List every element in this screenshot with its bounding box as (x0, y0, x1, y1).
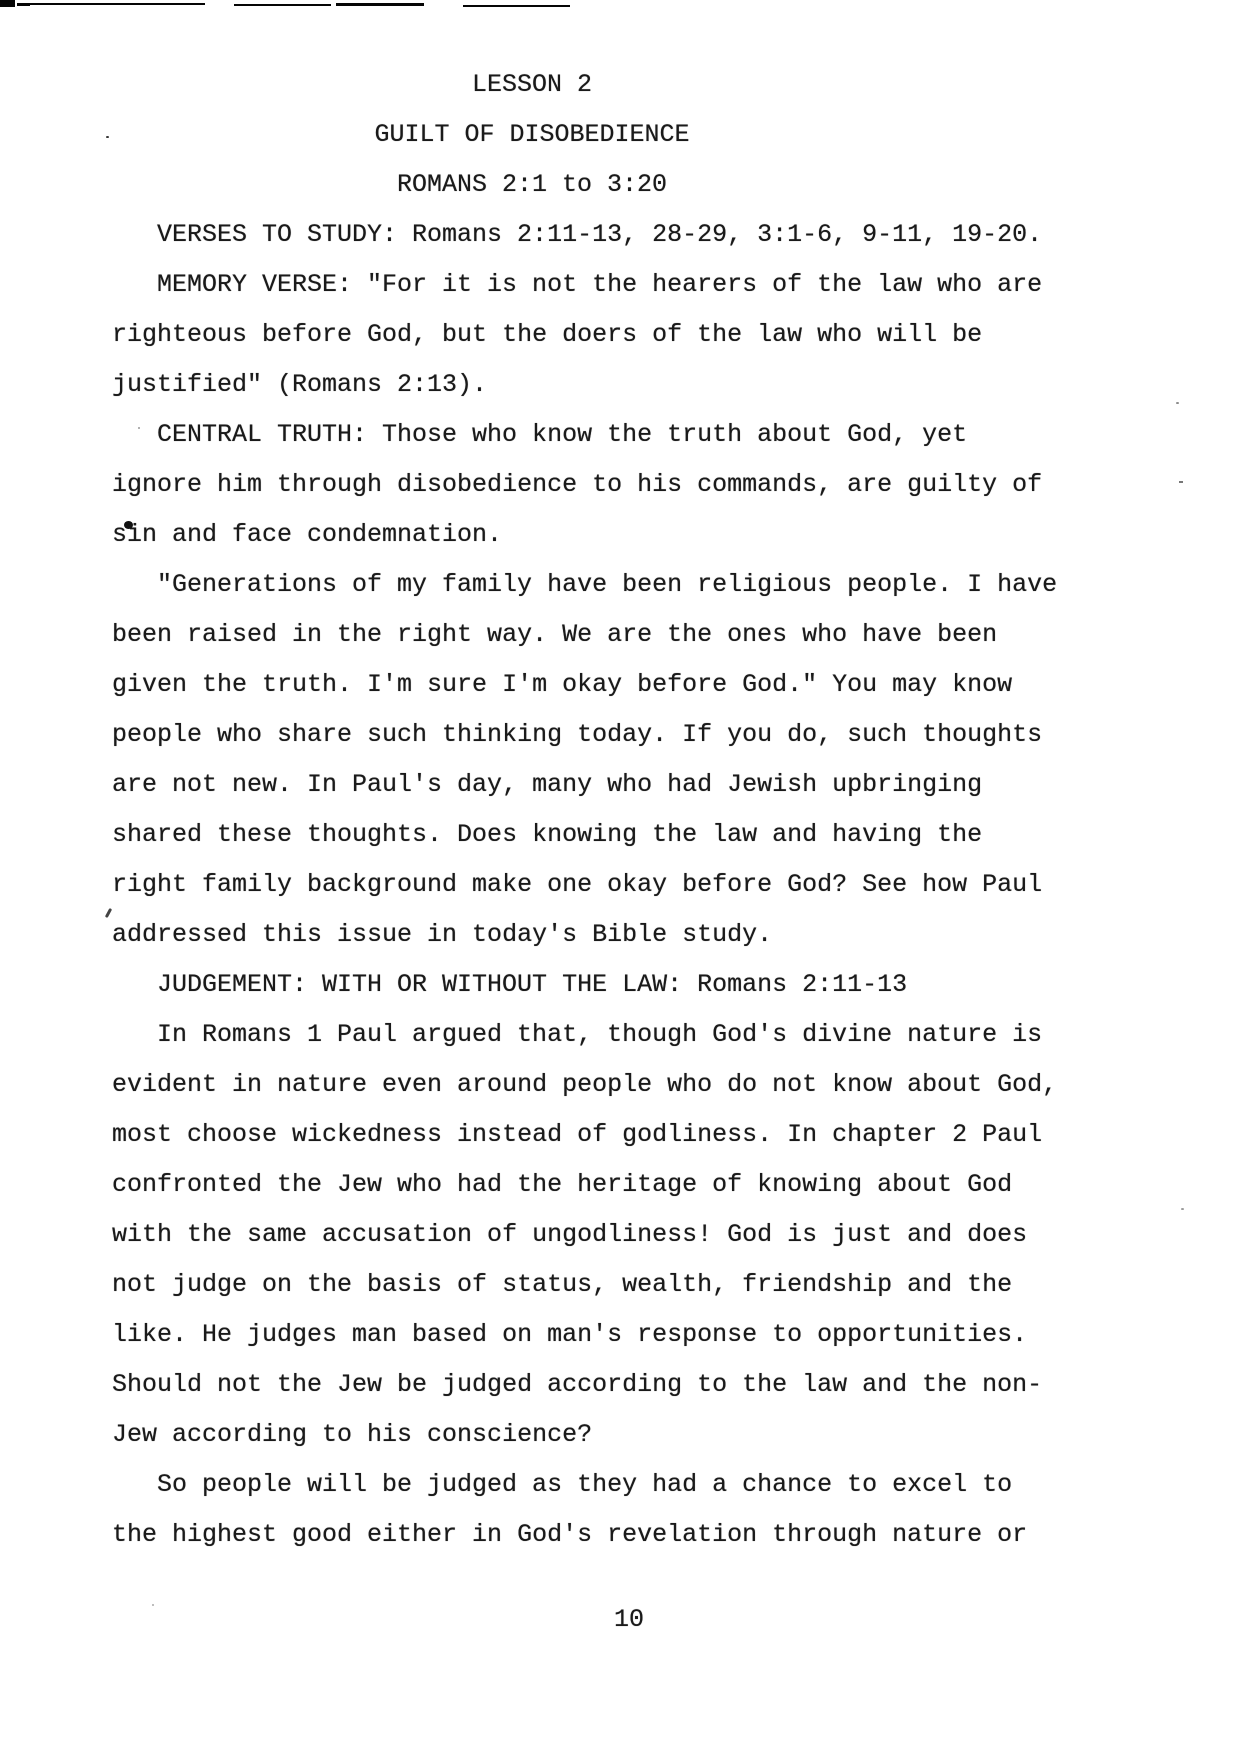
body-line: the highest good either in God's revelat… (112, 1510, 1072, 1560)
body-line: justified" (Romans 2:13). (112, 360, 1072, 410)
body-line: confronted the Jew who had the heritage … (112, 1160, 1072, 1210)
body-line: righteous before God, but the doers of t… (112, 310, 1072, 360)
heading-line: LESSON 2 (112, 60, 952, 110)
scan-artifact-line (336, 3, 424, 6)
scan-speck (138, 427, 140, 429)
scan-speck (1176, 402, 1179, 404)
body-line: Should not the Jew be judged according t… (112, 1360, 1072, 1410)
scan-speck (1181, 1208, 1184, 1210)
body-line: like. He judges man based on man's respo… (112, 1310, 1072, 1360)
scan-artifact-line (30, 3, 205, 5)
body-line: sin and face condemnation. (112, 510, 1072, 560)
body-line: not judge on the basis of status, wealth… (112, 1260, 1072, 1310)
body-line: VERSES TO STUDY: Romans 2:11-13, 28-29, … (112, 210, 1072, 260)
body-line: In Romans 1 Paul argued that, though God… (112, 1010, 1072, 1060)
heading-line: ROMANS 2:1 to 3:20 (112, 160, 952, 210)
body-line: right family background make one okay be… (112, 860, 1072, 910)
body-line: with the same accusation of ungodliness!… (112, 1210, 1072, 1260)
scan-speck (124, 521, 133, 529)
scan-speck (1179, 481, 1183, 483)
body-line: MEMORY VERSE: "For it is not the hearers… (112, 260, 1072, 310)
scan-artifact-line (17, 3, 30, 6)
body-line: evident in nature even around people who… (112, 1060, 1072, 1110)
scan-artifact-line (463, 5, 570, 7)
body-line: So people will be judged as they had a c… (112, 1460, 1072, 1510)
body-line: ignore him through disobedience to his c… (112, 460, 1072, 510)
body-line: JUDGEMENT: WITH OR WITHOUT THE LAW: Roma… (112, 960, 1072, 1010)
document-text: LESSON 2GUILT OF DISOBEDIENCEROMANS 2:1 … (112, 60, 1072, 1560)
body-line: addressed this issue in today's Bible st… (112, 910, 1072, 960)
body-line: shared these thoughts. Does knowing the … (112, 810, 1072, 860)
page-number: 10 (614, 1595, 644, 1645)
body-line: are not new. In Paul's day, many who had… (112, 760, 1072, 810)
body-line: "Generations of my family have been reli… (112, 560, 1072, 610)
scan-artifact-line (0, 0, 15, 7)
body-line: CENTRAL TRUTH: Those who know the truth … (112, 410, 1072, 460)
scan-artifact-line (234, 4, 331, 6)
body-line: Jew according to his conscience? (112, 1410, 1072, 1460)
body-line: been raised in the right way. We are the… (112, 610, 1072, 660)
body-line: most choose wickedness instead of godlin… (112, 1110, 1072, 1160)
heading-line: GUILT OF DISOBEDIENCE (112, 110, 952, 160)
scan-speck (152, 1604, 154, 1606)
scan-speck (106, 136, 109, 138)
scanned-document-page: LESSON 2GUILT OF DISOBEDIENCEROMANS 2:1 … (0, 0, 1240, 1753)
body-line: given the truth. I'm sure I'm okay befor… (112, 660, 1072, 710)
body-line: people who share such thinking today. If… (112, 710, 1072, 760)
